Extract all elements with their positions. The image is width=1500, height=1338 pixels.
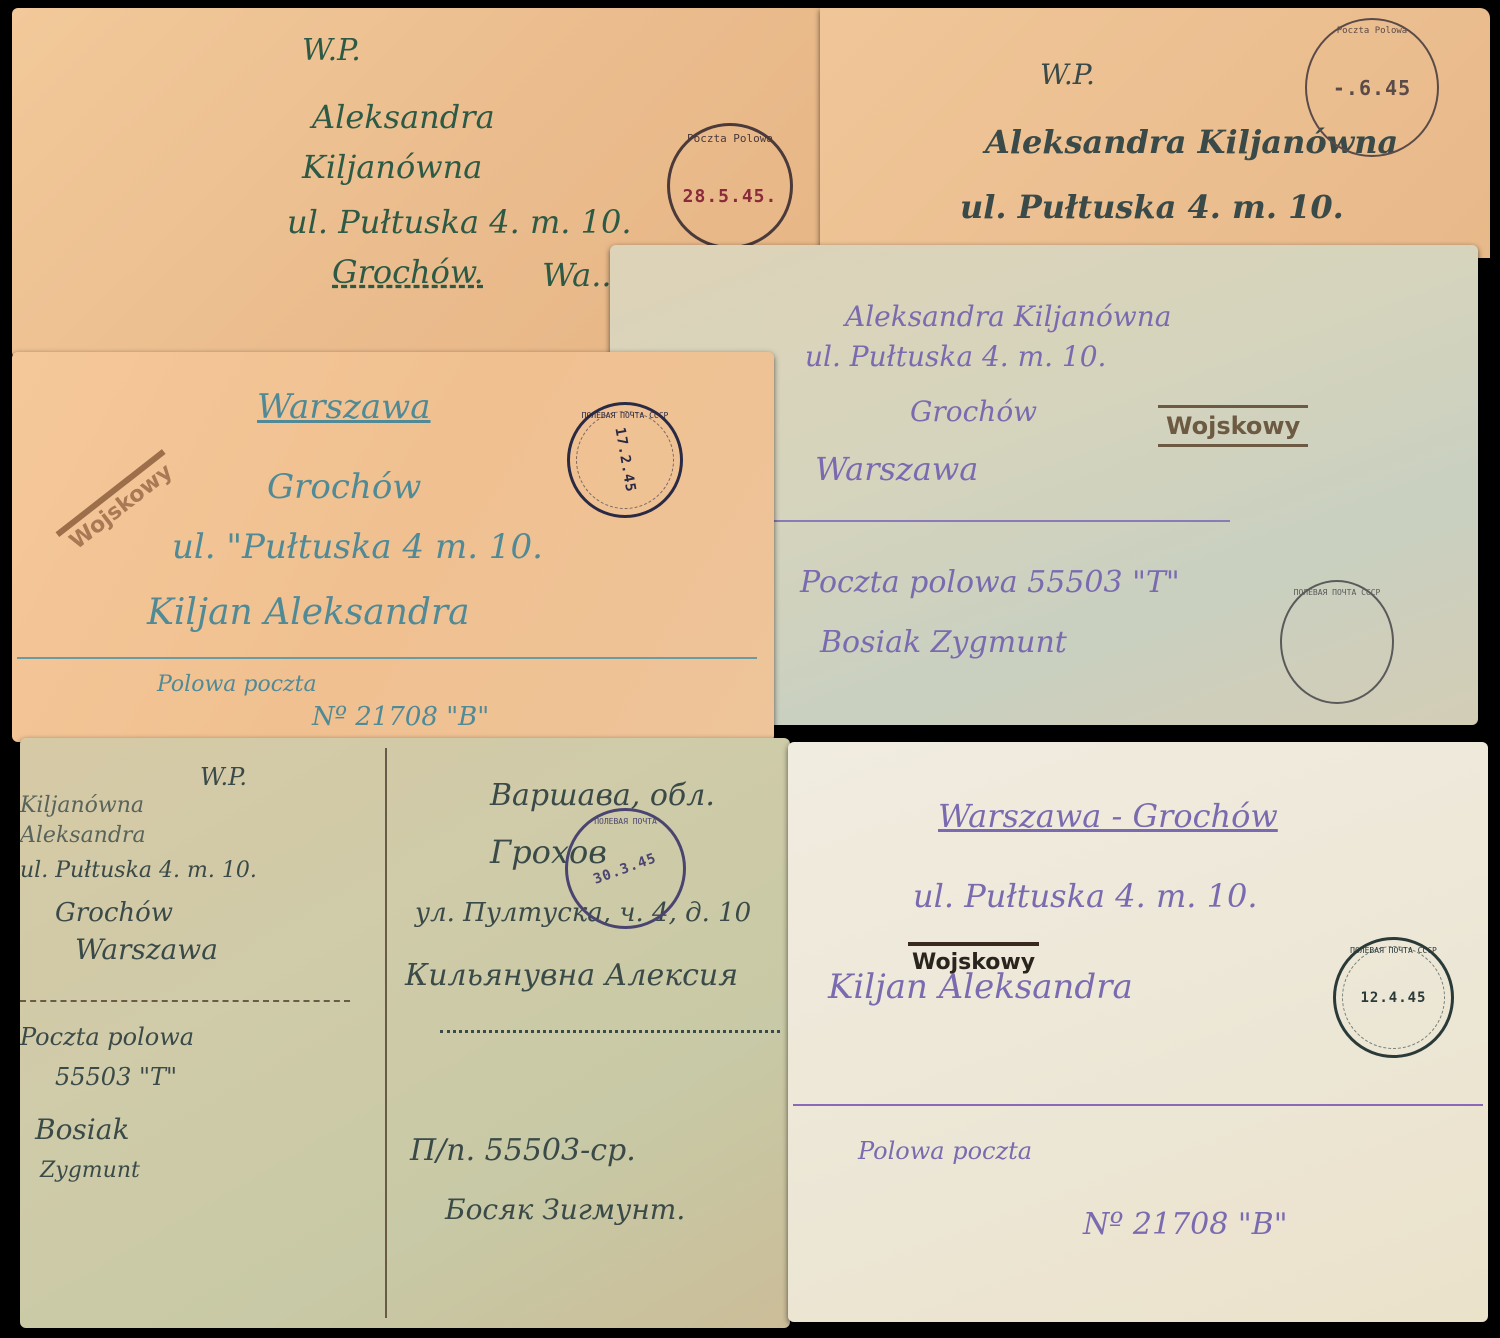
postmark: ПОЛЕВАЯ ПОЧТА СССР 12.4.45 — [1333, 937, 1454, 1058]
address-line: Aleksandra — [20, 823, 146, 848]
sender-line: 55503 "T" — [55, 1063, 177, 1091]
address-line: Grochów. — [332, 253, 484, 291]
military-mark: Wojskowy — [56, 449, 184, 560]
postmark-label: ПОЛЕВАЯ ПОЧТА СССР — [1336, 946, 1451, 955]
sender-line: Zygmunt — [40, 1158, 140, 1183]
sender-line: П/п. 55503-ср. — [410, 1133, 636, 1168]
address-line: W.P. — [200, 763, 247, 791]
address-line: Aleksandra — [312, 98, 495, 136]
sender-line: Bosiak — [35, 1113, 129, 1146]
address-line: ul. Pułtuska 4. m. 10. — [960, 188, 1344, 226]
envelope-bottom-right: Warszawa - Grochów ul. Pułtuska 4. m. 10… — [788, 742, 1488, 1322]
address-line: Kiljan Aleksandra — [147, 592, 470, 633]
postmark: ПОЛЕВАЯ ПОЧТА СССР 17.2.45 — [567, 402, 683, 518]
divider-line — [17, 657, 757, 659]
address-line: Warszawa — [815, 450, 978, 488]
envelope-top-right: W.P. Aleksandra Kiljanówna ul. Pułtuska … — [820, 8, 1490, 258]
military-mark: Wojskowy — [1158, 405, 1308, 447]
postmark: Poczta Polowa -.6.45 — [1305, 18, 1439, 157]
address-line: Warszawa - Grochów — [938, 797, 1278, 835]
address-line: Кильянувна Алексия — [405, 958, 738, 993]
address-line: Aleksandra Kiljanówna — [845, 300, 1172, 333]
address-line: ul. Pułtuska 4. m. 10. — [20, 858, 257, 883]
sender-line: Nº 21708 "B" — [1083, 1207, 1288, 1242]
postmark-ring — [1342, 946, 1445, 1049]
address-line: Grochów — [910, 395, 1037, 428]
postmark: Poczta Polowa 28.5.45. — [667, 123, 793, 249]
address-line: Grochów — [55, 898, 173, 928]
address-line: W.P. — [302, 33, 361, 68]
divider-line — [20, 1000, 350, 1002]
address-line: ul. Pułtuska 4. m. 10. — [287, 203, 632, 241]
address-line: ul. Pułtuska 4. m. 10. — [805, 340, 1106, 373]
sender-line: Polowa poczta — [858, 1137, 1032, 1165]
postmark-label: ПОЛЕВАЯ ПОЧТА СССР — [570, 411, 680, 420]
address-line: ul. "Pułtuska 4 m. 10. — [172, 527, 543, 567]
sender-line: Poczta polowa 55503 "T" — [800, 565, 1180, 600]
address-line: Warszawa — [257, 387, 431, 427]
postmark: ПОЛЕВАЯ ПОЧТА 30.3.45 — [565, 808, 686, 929]
postmark-date: 28.5.45. — [683, 186, 778, 207]
postmark-label: ПОЛЕВАЯ ПОЧТА — [568, 817, 683, 826]
military-mark: Wojskowy — [908, 942, 1039, 979]
postmark-label: Poczta Polowa — [670, 132, 790, 145]
postmark-date: -.6.45 — [1333, 76, 1411, 100]
address-line: Grochów — [267, 467, 421, 507]
divider-line — [770, 520, 1230, 522]
address-line: Kiljanówna — [302, 148, 482, 186]
envelope-middle-left: Warszawa Grochów ul. "Pułtuska 4 m. 10. … — [12, 352, 774, 742]
address-line: W.P. — [1040, 58, 1095, 91]
address-line: Варшава, обл. — [490, 778, 715, 813]
postmark-label: Poczta Polowa — [1307, 26, 1437, 36]
sender-line: Poczta polowa — [20, 1023, 194, 1051]
postmark-date: 30.3.45 — [592, 850, 660, 888]
postmark: ПОЛЕВАЯ ПОЧТА СССР — [1280, 580, 1394, 704]
divider-line — [793, 1104, 1483, 1106]
address-line: Warszawa — [75, 933, 218, 966]
divider-line — [440, 1030, 780, 1033]
postmark-label: ПОЛЕВАЯ ПОЧТА СССР — [1282, 588, 1392, 597]
address-line: ul. Pułtuska 4. m. 10. — [913, 877, 1258, 915]
center-fold-line — [385, 748, 387, 1318]
sender-line: Polowa poczta — [157, 672, 317, 697]
sender-line: Nº 21708 "B" — [312, 702, 489, 732]
address-line: Kiljanówna — [20, 793, 144, 818]
sender-line: Босяк Зигмунт. — [445, 1193, 685, 1226]
sender-line: Bosiak Zygmunt — [820, 625, 1067, 660]
envelope-bottom-left: W.P. Kiljanówna Aleksandra ul. Pułtuska … — [20, 738, 790, 1328]
